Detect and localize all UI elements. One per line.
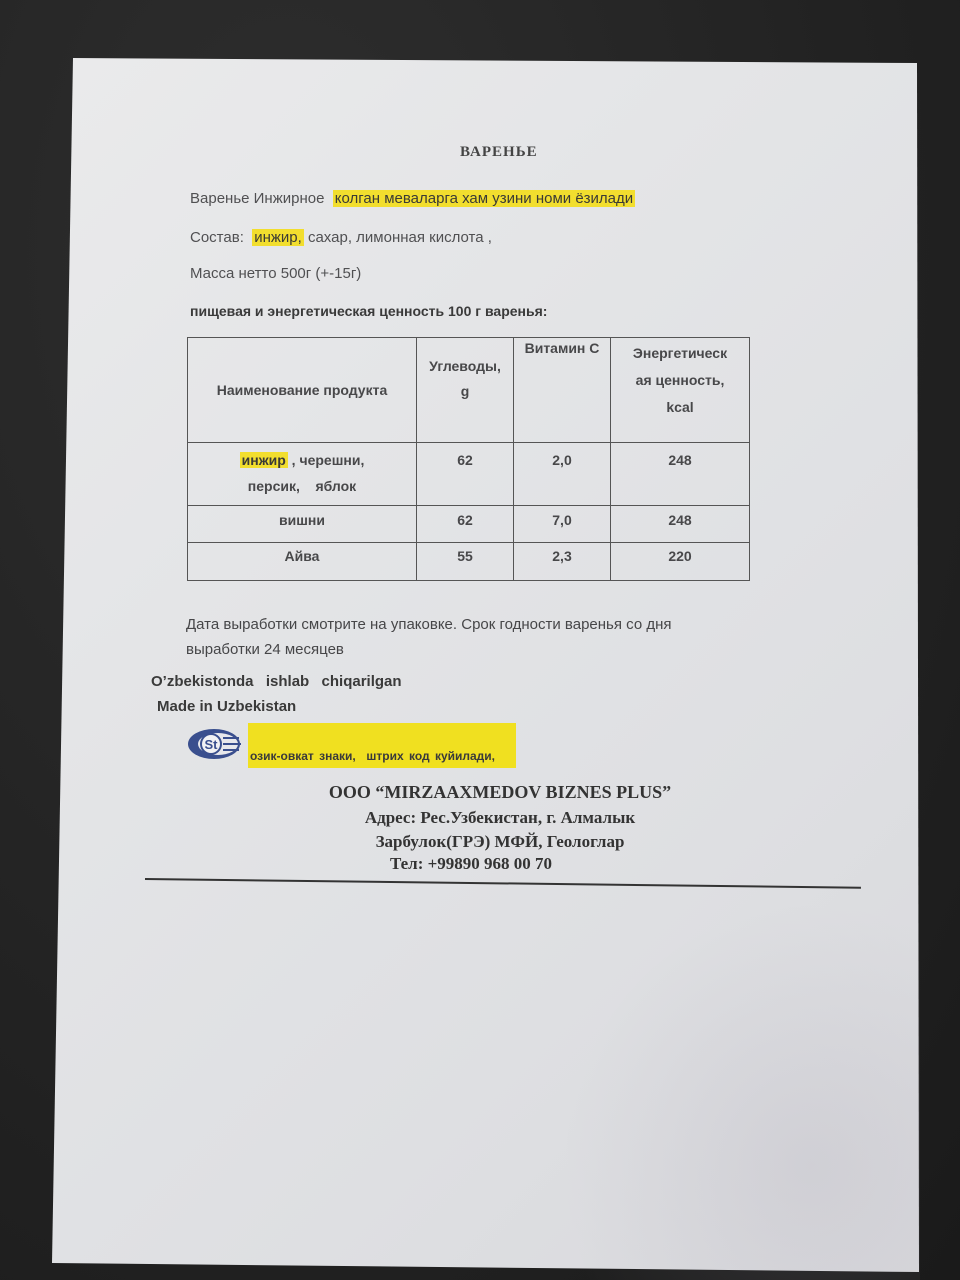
manufacturer-address-2: Зарбулок(ГРЭ) МФЙ, Геологлар bbox=[0, 832, 960, 852]
header-vitamin-c: Витамин С bbox=[514, 338, 611, 443]
table-row: инжир , черешни, персик, яблок 62 2,0 24… bbox=[188, 443, 750, 506]
table-row: Айва 55 2,3 220 bbox=[188, 543, 750, 581]
composition-rest: сахар, лимонная кислота , bbox=[308, 229, 492, 246]
cell-vitamin-c: 2,0 bbox=[514, 443, 611, 506]
product-line-2: персик, яблок bbox=[191, 473, 413, 499]
cell-carbs: 62 bbox=[417, 443, 514, 506]
origin-english: Made in Uzbekistan bbox=[157, 698, 296, 715]
origin-uzbek: O’zbekistonda ishlab chiqarilgan bbox=[151, 673, 402, 690]
composition-label: Состав: bbox=[190, 229, 244, 246]
product-highlight: инжир bbox=[240, 452, 288, 468]
composition-highlight: инжир, bbox=[252, 229, 304, 246]
shelf-life-line2: выработки 24 месяцев bbox=[186, 637, 672, 662]
manufacturer-phone: Тел: +99890 968 00 70 bbox=[0, 854, 942, 874]
svg-text:St: St bbox=[205, 737, 219, 752]
cell-energy: 248 bbox=[611, 443, 750, 506]
table-header-row: Наименование продукта Углеводы, g Витами… bbox=[188, 338, 750, 443]
cell-energy: 220 bbox=[611, 543, 750, 581]
header-product: Наименование продукта bbox=[188, 338, 417, 443]
header-energy-line2: ая ценность, bbox=[614, 367, 746, 394]
cell-product: вишни bbox=[188, 506, 417, 543]
cell-energy: 248 bbox=[611, 506, 750, 543]
st-logo-icon: St bbox=[187, 726, 245, 762]
cell-vitamin-c: 2,3 bbox=[514, 543, 611, 581]
net-weight: Масса нетто 500г (+-15г) bbox=[190, 265, 361, 282]
nutrition-heading: пищевая и энергетическая ценность 100 г … bbox=[190, 303, 547, 319]
shelf-life: Дата выработки смотрите на упаковке. Сро… bbox=[186, 612, 672, 662]
header-energy-line3: kcal bbox=[614, 394, 746, 421]
cell-carbs: 62 bbox=[417, 506, 514, 543]
header-carbs: Углеводы, g bbox=[417, 338, 514, 443]
paper-shadow bbox=[560, 900, 920, 1280]
shelf-life-line1: Дата выработки смотрите на упаковке. Сро… bbox=[186, 612, 672, 637]
cell-vitamin-c: 7,0 bbox=[514, 506, 611, 543]
table-row: вишни 62 7,0 248 bbox=[188, 506, 750, 543]
cell-product: Айва bbox=[188, 543, 417, 581]
barcode-note: озик-овкат знаки, штрих код куйилади, bbox=[250, 749, 495, 763]
header-energy: Энергетическ ая ценность, kcal bbox=[611, 338, 750, 443]
cell-product: инжир , черешни, персик, яблок bbox=[188, 443, 417, 506]
header-carbs-line1: Углеводы, bbox=[420, 354, 510, 379]
document-title: ВАРЕНЬЕ bbox=[460, 144, 538, 161]
product-note-highlight: колган меваларга хам узини номи ёзилади bbox=[333, 190, 635, 207]
header-carbs-line2: g bbox=[420, 379, 510, 404]
header-energy-line1: Энергетическ bbox=[614, 340, 746, 367]
product-line-1: инжир , черешни, bbox=[191, 447, 413, 473]
product-rest: , черешни, bbox=[288, 452, 365, 468]
manufacturer-address-1: Адрес: Рес.Узбекистан, г. Алмалык bbox=[0, 808, 960, 828]
manufacturer-name: ООО “MIRZAAXMEDOV BIZNES PLUS” bbox=[0, 782, 960, 803]
nutrition-table: Наименование продукта Углеводы, g Витами… bbox=[187, 337, 750, 581]
composition-line: Состав: инжир, сахар, лимонная кислота , bbox=[190, 229, 492, 246]
cell-carbs: 55 bbox=[417, 543, 514, 581]
product-line: Варенье Инжирное колган меваларга хам уз… bbox=[190, 190, 635, 207]
product-name: Варенье Инжирное bbox=[190, 190, 324, 207]
